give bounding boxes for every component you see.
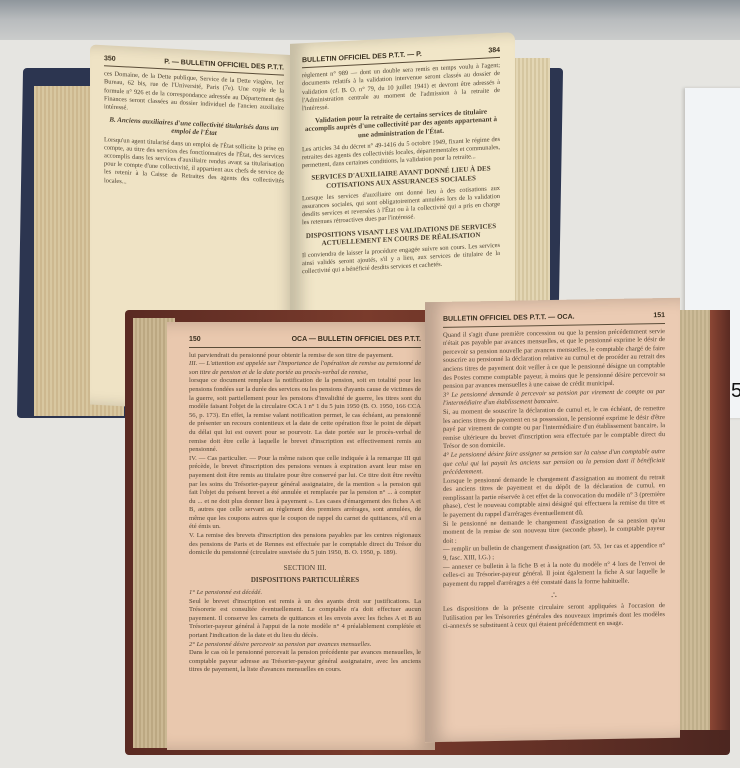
section-separator: ∴ bbox=[443, 589, 665, 601]
paragraph: Seul le brevet d'inscription est remis à… bbox=[189, 598, 421, 641]
paragraph: règlement n° 989 — dont un double sera r… bbox=[302, 62, 500, 113]
paragraph: Lorsque le pensionné demande le changeme… bbox=[443, 474, 665, 521]
subsection-title: 4° Le pensionné désire faire assigner sa… bbox=[443, 448, 665, 478]
paragraph: Quand il s'agit d'une première concessio… bbox=[443, 328, 665, 392]
paragraph: ces Domaine, de la Dette publique, Servi… bbox=[104, 70, 284, 120]
list-item: — annexer ce bulletin à la fiche B et à … bbox=[443, 560, 665, 590]
paragraph: lorsque ce document remplace la notifica… bbox=[189, 377, 421, 454]
running-header: P. — BULLETIN OFFICIEL DES P.T.T. bbox=[164, 58, 284, 72]
front-book: 150OCA — BULLETIN OFFICIEL DES P.T.T. lu… bbox=[125, 300, 735, 755]
page-number: 151 bbox=[653, 312, 665, 321]
paragraph: Si le pensionné ne demande le changement… bbox=[443, 517, 665, 547]
paragraph: V. La remise des brevets d'inscription d… bbox=[189, 532, 421, 558]
paragraph-lead: III. — L'attention est appelée sur l'imp… bbox=[189, 360, 421, 377]
paragraph: Il conviendra de laisser la procédure en… bbox=[302, 242, 500, 277]
page-number: 384 bbox=[488, 47, 500, 56]
front-book-left-page: 150OCA — BULLETIN OFFICIEL DES P.T.T. lu… bbox=[167, 322, 435, 750]
running-header: BULLETIN OFFICIEL DES P.T.T. — OCA. bbox=[443, 314, 575, 325]
subsection-title: 1° Le pensionné est décédé. bbox=[189, 589, 421, 598]
paragraph: Lorsqu'un agent titularisé dans un emplo… bbox=[104, 136, 284, 195]
front-book-right-page: BULLETIN OFFICIEL DES P.T.T. — OCA.151 Q… bbox=[425, 298, 680, 742]
paragraph: Si, au moment de souscrire la déclaratio… bbox=[443, 405, 665, 452]
paragraph: IV. — Cas particulier. — Pour la même ra… bbox=[189, 455, 421, 532]
section-title: DISPOSITIONS PARTICULIÈRES bbox=[189, 576, 421, 585]
paragraph: Les dispositions de la présente circulai… bbox=[443, 602, 665, 632]
running-header: OCA — BULLETIN OFFICIEL DES P.T.T. bbox=[292, 336, 421, 345]
running-header: BULLETIN OFFICIEL DES P.T.T. — P. bbox=[302, 51, 422, 65]
paragraph: Dans le cas où le pensionné percevait la… bbox=[189, 649, 421, 675]
subsection-title: 2° Le pensionné désire percevoir sa pens… bbox=[189, 641, 421, 650]
front-book-marbled-board bbox=[710, 310, 730, 730]
back-book-right-page: BULLETIN OFFICIEL DES P.T.T. — P.384 règ… bbox=[290, 32, 515, 344]
page-number: 150 bbox=[189, 336, 201, 345]
page-number: 350 bbox=[104, 55, 116, 64]
section-number: SECTION III. bbox=[189, 564, 421, 573]
paragraph: lui parviendrait du pensionné pour obten… bbox=[189, 352, 421, 361]
paragraph: Lorsque les services d'auxiliaire ont do… bbox=[302, 185, 500, 228]
